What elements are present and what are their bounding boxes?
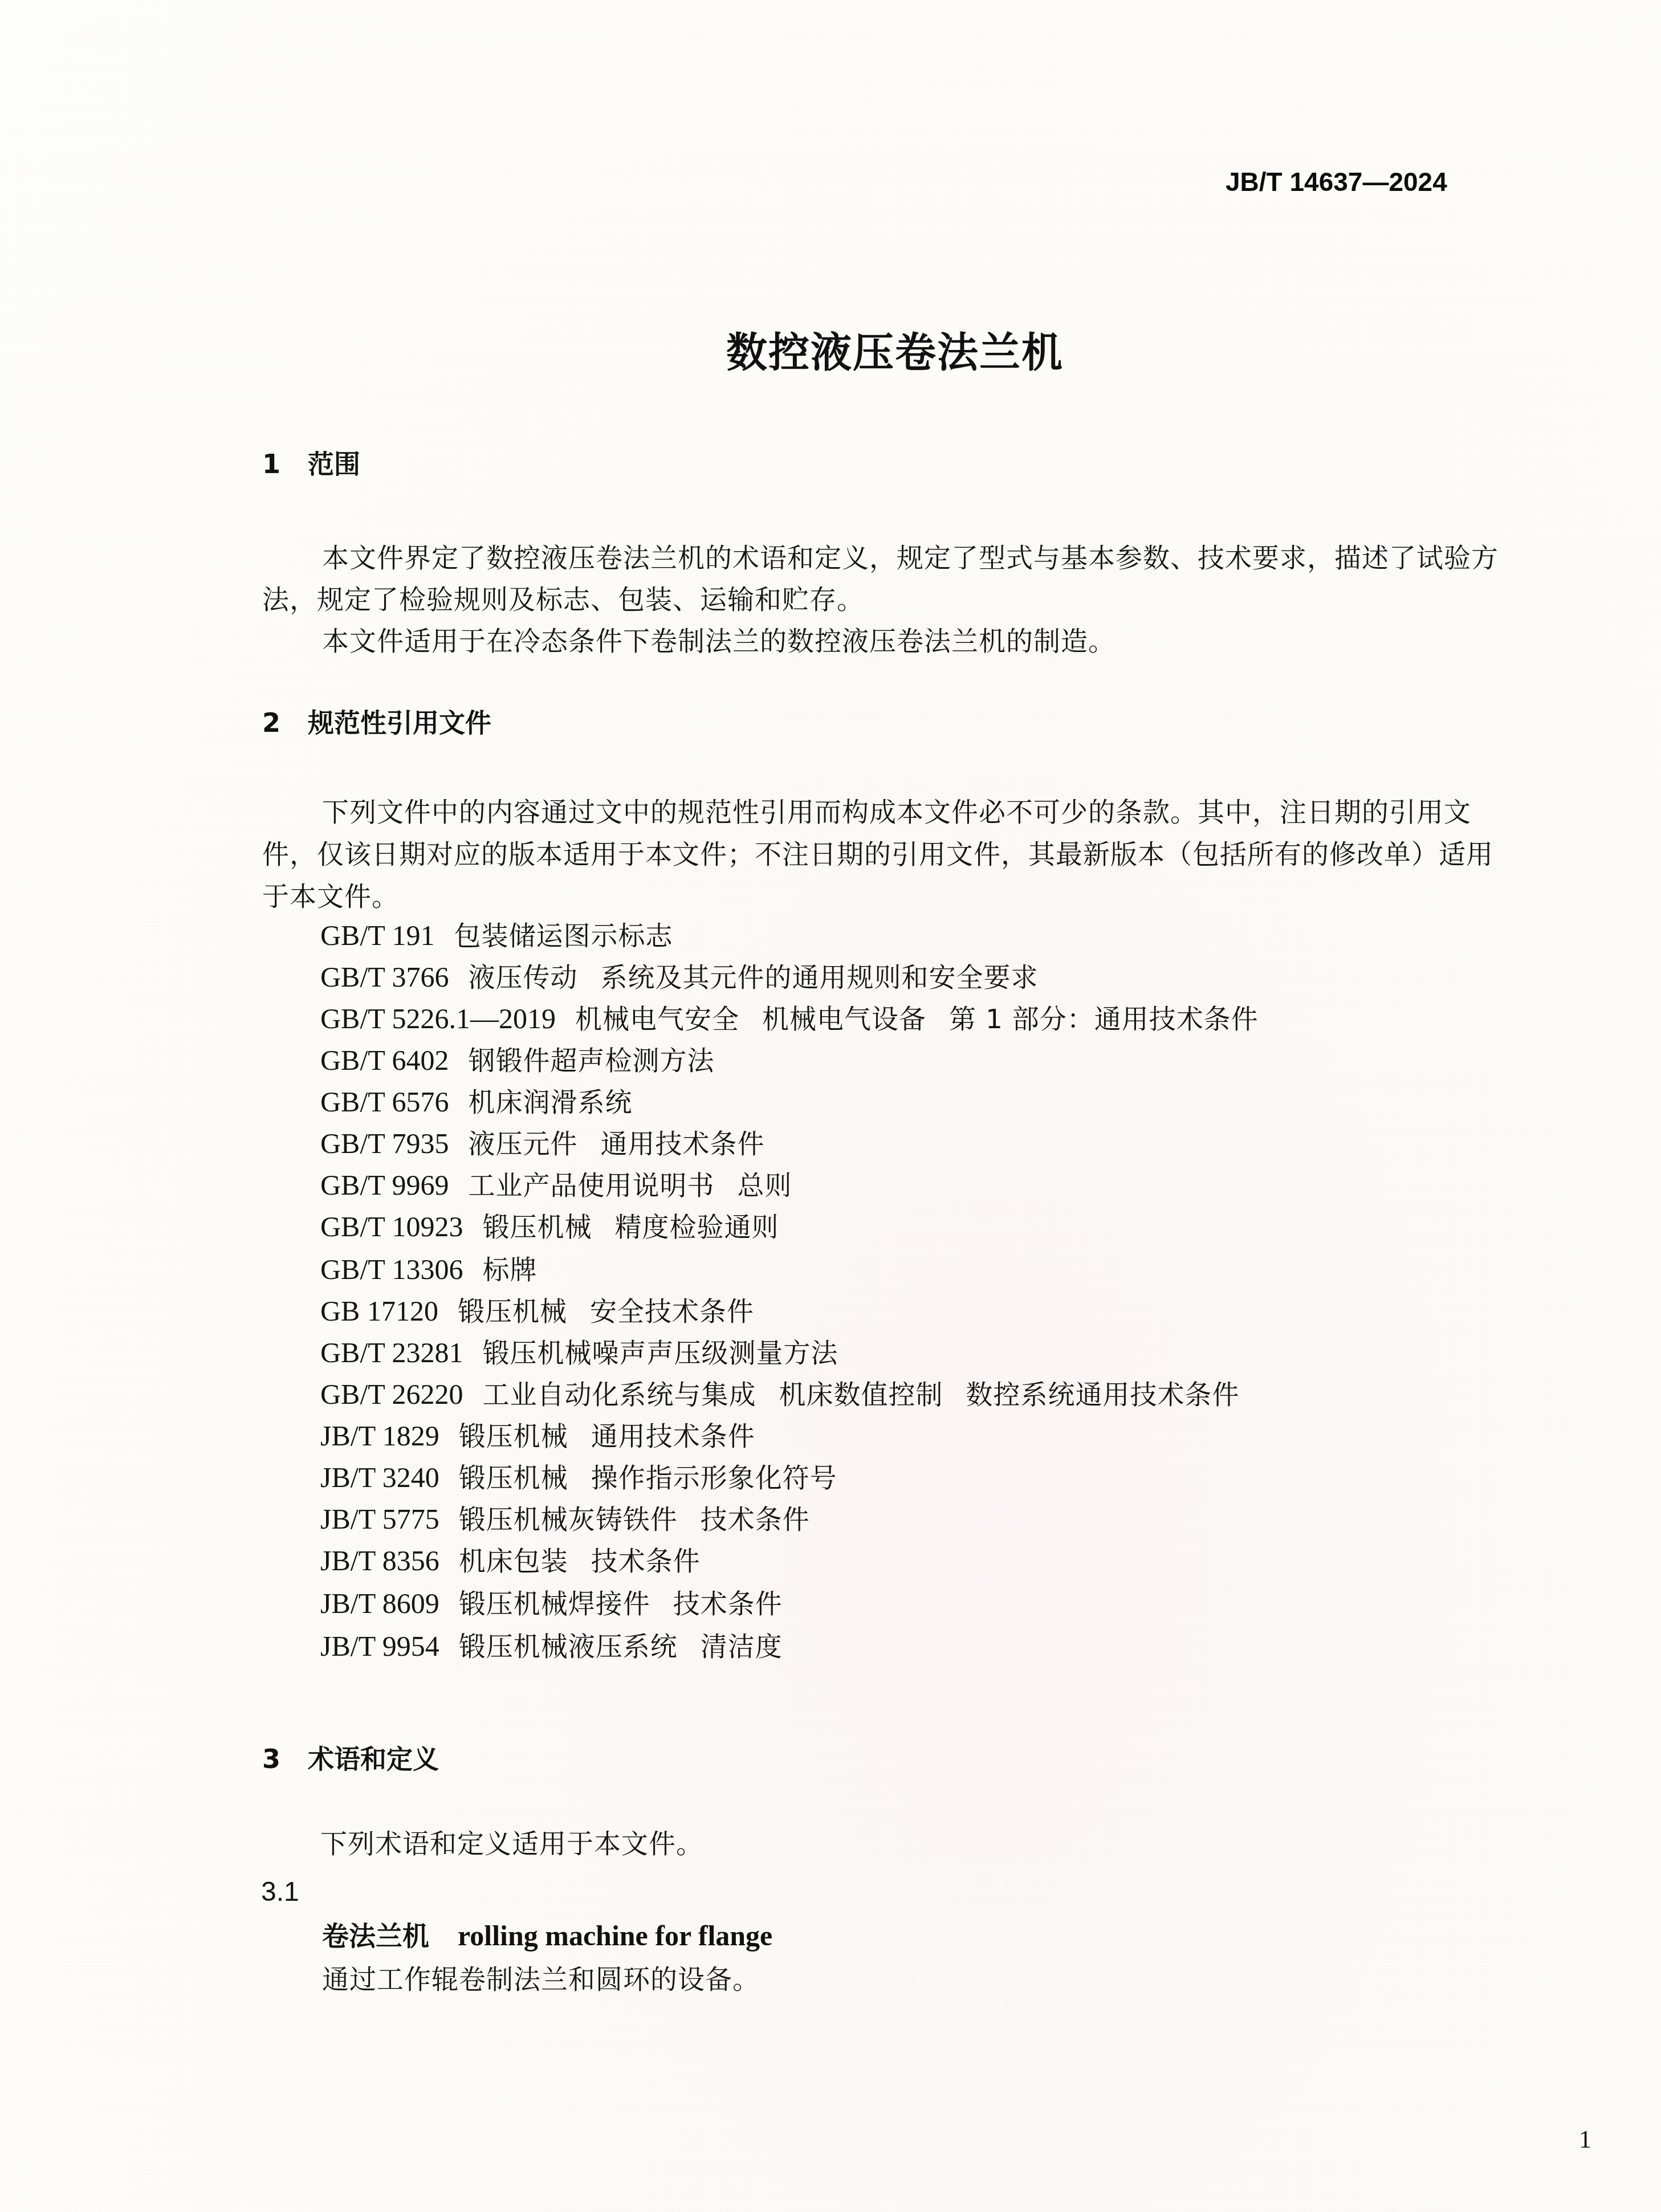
reference-code: GB/T 26220 bbox=[320, 1378, 463, 1411]
reference-title: 锻压机械 bbox=[459, 1415, 568, 1453]
paragraph-line: 于本文件。 bbox=[262, 875, 399, 914]
reference-title: 数控系统通用技术条件 bbox=[966, 1374, 1240, 1412]
term-english: rolling machine for flange bbox=[458, 1920, 772, 1952]
reference-title: 通用技术条件 bbox=[591, 1415, 755, 1453]
reference-title: 液压元件 bbox=[469, 1123, 578, 1161]
reference-title: 技术条件 bbox=[701, 1498, 810, 1537]
reference-title: 技术条件 bbox=[673, 1583, 783, 1621]
reference-code: JB/T 8356 bbox=[320, 1544, 439, 1577]
reference-title: 锻压机械噪声声压级测量方法 bbox=[483, 1332, 838, 1370]
term-number: 3.1 bbox=[261, 1876, 299, 1908]
section-number: 1 bbox=[262, 449, 308, 479]
reference-code: GB/T 6402 bbox=[320, 1044, 449, 1077]
paragraph-line: 法，规定了检验规则及标志、包装、运输和贮存。 bbox=[262, 579, 864, 617]
reference-code: GB/T 191 bbox=[320, 919, 435, 952]
reference-item: GB/T 13306标牌 bbox=[320, 1249, 560, 1287]
page-number: 1 bbox=[1579, 2125, 1591, 2154]
reference-title: 机械电气安全 bbox=[575, 998, 739, 1036]
reference-title: 第 1 部分：通用技术条件 bbox=[949, 998, 1259, 1036]
paragraph-line: 本文件适用于在冷态条件下卷制法兰的数控液压卷法兰机的制造。 bbox=[322, 620, 1116, 658]
reference-title: 机床润滑系统 bbox=[469, 1081, 633, 1119]
paragraph-line: 下列术语和定义适用于本文件。 bbox=[320, 1823, 703, 1861]
reference-code: GB/T 5226.1—2019 bbox=[320, 1002, 556, 1035]
reference-title: 锻压机械焊接件 bbox=[459, 1583, 650, 1621]
reference-title: 液压传动 bbox=[469, 956, 578, 995]
reference-title: 通用技术条件 bbox=[601, 1123, 765, 1161]
reference-title: 锻压机械 bbox=[483, 1206, 592, 1244]
section-heading-terms-definitions: 3术语和定义 bbox=[262, 1738, 439, 1776]
reference-title: 锻压机械 bbox=[459, 1457, 568, 1495]
reference-item: GB/T 9969工业产品使用说明书总则 bbox=[320, 1164, 815, 1203]
reference-item: GB/T 26220工业自动化系统与集成机床数值控制数控系统通用技术条件 bbox=[320, 1374, 1263, 1412]
reference-title: 锻压机械液压系统 bbox=[459, 1626, 678, 1664]
reference-code: JB/T 3240 bbox=[320, 1461, 439, 1494]
reference-item: GB/T 6402钢锻件超声检测方法 bbox=[320, 1040, 738, 1078]
reference-item: GB 17120锻压机械安全技术条件 bbox=[320, 1290, 777, 1329]
reference-title: 系统及其元件的通用规则和安全要求 bbox=[601, 956, 1039, 995]
reference-code: JB/T 9954 bbox=[320, 1630, 439, 1663]
section-title: 范围 bbox=[308, 449, 360, 479]
reference-item: JB/T 8356机床包装技术条件 bbox=[320, 1540, 723, 1578]
reference-item: GB/T 5226.1—2019机械电气安全机械电气设备第 1 部分：通用技术条… bbox=[320, 998, 1281, 1036]
reference-item: GB/T 6576机床润滑系统 bbox=[320, 1081, 656, 1119]
reference-item: GB/T 10923锻压机械精度检验通则 bbox=[320, 1206, 802, 1244]
reference-code: GB/T 10923 bbox=[320, 1210, 463, 1243]
term-definition: 通过工作辊卷制法兰和圆环的设备。 bbox=[322, 1958, 760, 1997]
section-title: 术语和定义 bbox=[308, 1743, 439, 1774]
reference-code: GB/T 6576 bbox=[320, 1085, 449, 1118]
reference-item: GB/T 7935液压元件通用技术条件 bbox=[320, 1123, 788, 1161]
reference-title: 锻压机械灰铸铁件 bbox=[459, 1498, 678, 1537]
reference-title: 清洁度 bbox=[701, 1626, 783, 1664]
reference-item: GB/T 23281锻压机械噪声声压级测量方法 bbox=[320, 1332, 861, 1370]
reference-item: GB/T 191包装储运图示标志 bbox=[320, 915, 696, 953]
section-number: 3 bbox=[262, 1743, 308, 1774]
reference-title: 机床包装 bbox=[459, 1540, 568, 1578]
term-chinese: 卷法兰机 bbox=[322, 1921, 429, 1952]
reference-title: 机械电气设备 bbox=[762, 998, 926, 1036]
reference-item: JB/T 1829锻压机械通用技术条件 bbox=[320, 1415, 778, 1453]
reference-title: 包装储运图示标志 bbox=[454, 915, 673, 953]
reference-title: 总则 bbox=[738, 1164, 792, 1203]
section-heading-scope: 1范围 bbox=[262, 443, 360, 481]
reference-code: GB/T 9969 bbox=[320, 1168, 449, 1201]
reference-title: 操作指示形象化符号 bbox=[591, 1457, 837, 1495]
term-entry: 卷法兰机rolling machine for flange bbox=[322, 1915, 772, 1953]
reference-code: GB 17120 bbox=[320, 1294, 438, 1327]
reference-item: JB/T 5775锻压机械灰铸铁件技术条件 bbox=[320, 1498, 833, 1537]
reference-code: GB/T 13306 bbox=[320, 1253, 463, 1286]
section-number: 2 bbox=[262, 707, 308, 738]
reference-code: JB/T 1829 bbox=[320, 1419, 439, 1452]
reference-code: JB/T 8609 bbox=[320, 1587, 439, 1620]
reference-code: GB/T 3766 bbox=[320, 960, 449, 993]
reference-title: 标牌 bbox=[483, 1249, 538, 1287]
reference-item: JB/T 8609锻压机械焊接件技术条件 bbox=[320, 1583, 805, 1621]
section-heading-normative-references: 2规范性引用文件 bbox=[262, 702, 491, 740]
reference-code: JB/T 5775 bbox=[320, 1502, 439, 1535]
paragraph-line: 件，仅该日期对应的版本适用于本文件；不注日期的引用文件，其最新版本（包括所有的修… bbox=[262, 833, 1493, 871]
reference-title: 技术条件 bbox=[591, 1540, 701, 1578]
section-title: 规范性引用文件 bbox=[308, 707, 491, 738]
reference-title: 精度检验通则 bbox=[615, 1206, 779, 1244]
reference-title: 工业自动化系统与集成 bbox=[483, 1374, 756, 1412]
paragraph-line: 下列文件中的内容通过文中的规范性引用而构成本文件必不可少的条款。其中，注日期的引… bbox=[322, 791, 1471, 829]
reference-title: 工业产品使用说明书 bbox=[469, 1164, 715, 1203]
reference-item: GB/T 3766液压传动系统及其元件的通用规则和安全要求 bbox=[320, 956, 1061, 995]
reference-code: GB/T 7935 bbox=[320, 1127, 449, 1160]
reference-title: 安全技术条件 bbox=[590, 1290, 754, 1329]
document-page: JB/T 14637—2024 数控液压卷法兰机 1范围 本文件界定了数控液压卷… bbox=[0, 0, 1661, 2212]
paragraph-line: 本文件界定了数控液压卷法兰机的术语和定义，规定了型式与基本参数、技术要求，描述了… bbox=[322, 537, 1499, 575]
reference-title: 锻压机械 bbox=[458, 1290, 567, 1329]
reference-item: JB/T 3240锻压机械操作指示形象化符号 bbox=[320, 1457, 860, 1495]
reference-title: 钢锻件超声检测方法 bbox=[469, 1040, 715, 1078]
reference-item: JB/T 9954锻压机械液压系统清洁度 bbox=[320, 1626, 805, 1664]
reference-title: 机床数值控制 bbox=[779, 1374, 943, 1412]
document-title: 数控液压卷法兰机 bbox=[0, 319, 1661, 378]
reference-code: GB/T 23281 bbox=[320, 1336, 463, 1369]
standard-code: JB/T 14637—2024 bbox=[1226, 166, 1447, 197]
